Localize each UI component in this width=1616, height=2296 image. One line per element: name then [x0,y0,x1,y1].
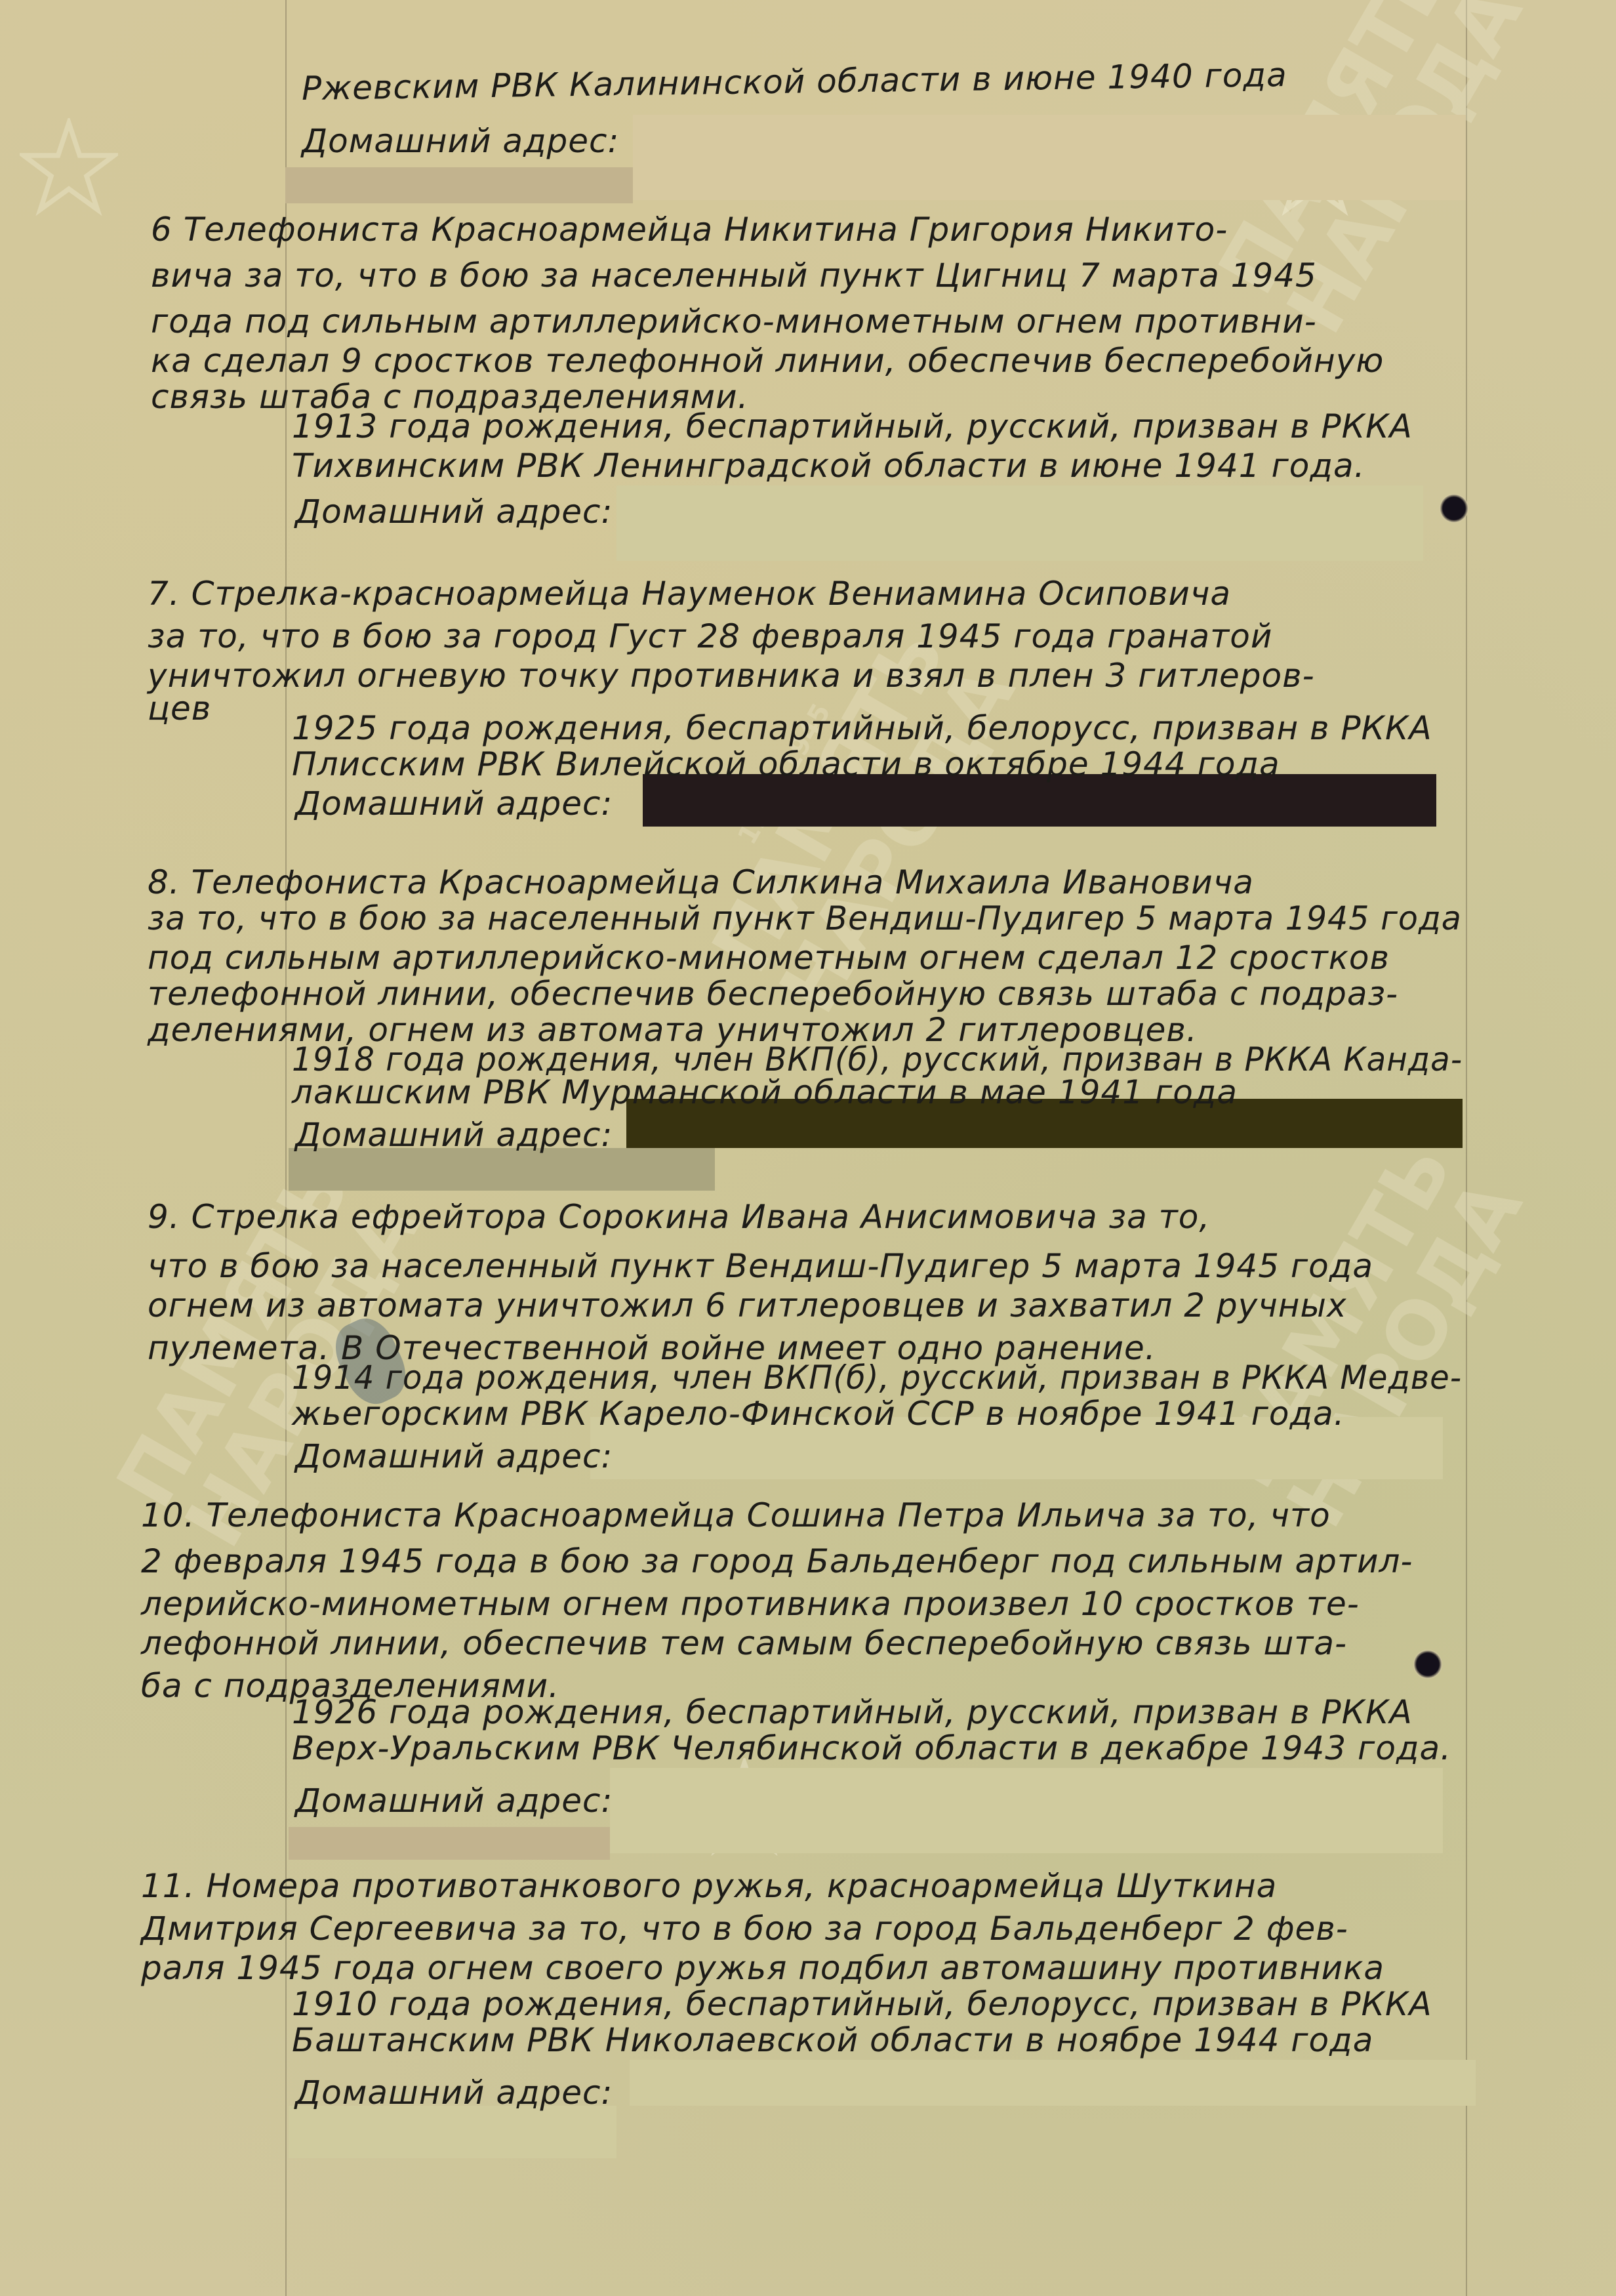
redacted-address [285,167,633,203]
entry-bio-line: 1925 года рождения, беспартийный, белору… [292,712,1432,745]
entry-feat-line: уничтожил огневую точку противника и взя… [148,659,1315,692]
entry-feat-line: 11. Номера противотанкового ружья, красн… [141,1870,1277,1902]
entry-bio-line: 1910 года рождения, беспартийный, белору… [292,1988,1432,2020]
address-label: Домашний адрес: [295,1440,613,1473]
redacted-address [289,2106,616,2158]
entry-bio-line: 1918 года рождения, член ВКП(б), русский… [292,1043,1463,1076]
right-margin-rule [1466,0,1467,2296]
redacted-address [630,2060,1476,2106]
redacted-address [610,1768,1443,1853]
address-label: Домашний адрес: [295,787,613,820]
entry-feat-line: за то, что в бою за город Густ 28 феврал… [148,620,1272,653]
entry-feat-line: 6 Телефониста Красноармейца Никитина Гри… [151,213,1228,246]
entry-feat-line: телефонной линии, обеспечив бесперебойну… [148,977,1398,1010]
entry-feat-line: ка сделал 9 сростков телефонной линии, о… [151,344,1384,377]
entry-feat-line: 10. Телефониста Красноармейца Сошина Пет… [141,1499,1331,1532]
entry-feat-line: под сильным артиллерийско-минометным огн… [148,941,1390,974]
punch-hole [1413,1650,1442,1679]
entry-feat-line: лефонной линии, обеспечив тем самым бесп… [141,1627,1347,1660]
entry-bio-line: Плисским РВК Вилейской области в октябре… [292,748,1280,781]
redacted-address [633,115,1466,200]
entry-feat-line: лерийско-минометным огнем противника про… [141,1588,1360,1620]
entry-feat-line: года под сильным артиллерийско-минометны… [151,305,1317,338]
address-label: Домашний адрес: [295,495,613,528]
entry-feat-line: цев [148,692,211,725]
entry-bio-line: 1914 года рождения, член ВКП(б), русский… [292,1361,1462,1394]
redacted-address [289,1148,715,1191]
entry-bio-line: 1913 года рождения, беспартийный, русски… [292,410,1413,443]
punch-hole [1440,494,1468,523]
entry-feat-line: 8. Телефониста Красноармейца Силкина Мих… [148,866,1254,899]
entry-bio-line: 1926 года рождения, беспартийный, русски… [292,1696,1413,1729]
entry-feat-line: огнем из автомата уничтожил 6 гитлеровце… [148,1289,1347,1322]
entry-feat-line: за то, что в бою за населенный пункт Вен… [148,902,1462,935]
entry-feat-line: 9. Стрелка ефрейтора Сорокина Ивана Анис… [148,1200,1210,1233]
entry-bio-line: жьегорским РВК Карело-Финской ССР в нояб… [292,1397,1345,1430]
entry-feat-line: 2 февраля 1945 года в бою за город Бальд… [141,1545,1413,1578]
address-label: Домашний адрес: [302,125,619,157]
entry-feat-line: вича за то, что в бою за населенный пунк… [151,259,1317,292]
address-label: Домашний адрес: [295,1118,613,1151]
entry-feat-line: раля 1945 года огнем своего ружья подбил… [141,1952,1384,1984]
entry-feat-line: что в бою за населенный пункт Вендиш-Пуд… [148,1250,1373,1282]
address-label: Домашний адрес: [295,2076,613,2109]
address-label: Домашний адрес: [295,1784,613,1817]
entry-bio-line: Тихвинским РВК Ленинградской области в и… [292,449,1365,482]
redacted-address [616,485,1423,561]
entry-feat-line: Дмитрия Сергеевича за то, что в бою за г… [141,1912,1348,1945]
redacted-address [289,1827,610,1860]
entry-feat-line: 7. Стрелка-красноармейца Науменок Вениам… [148,577,1231,610]
entry-bio-line: Баштанским РВК Николаевской области в но… [292,2024,1373,2057]
entry-bio-line: Верх-Уральским РВК Челябинской области в… [292,1732,1451,1765]
entry-bio-line: лакшским РВК Мурманской области в мае 19… [292,1076,1238,1109]
